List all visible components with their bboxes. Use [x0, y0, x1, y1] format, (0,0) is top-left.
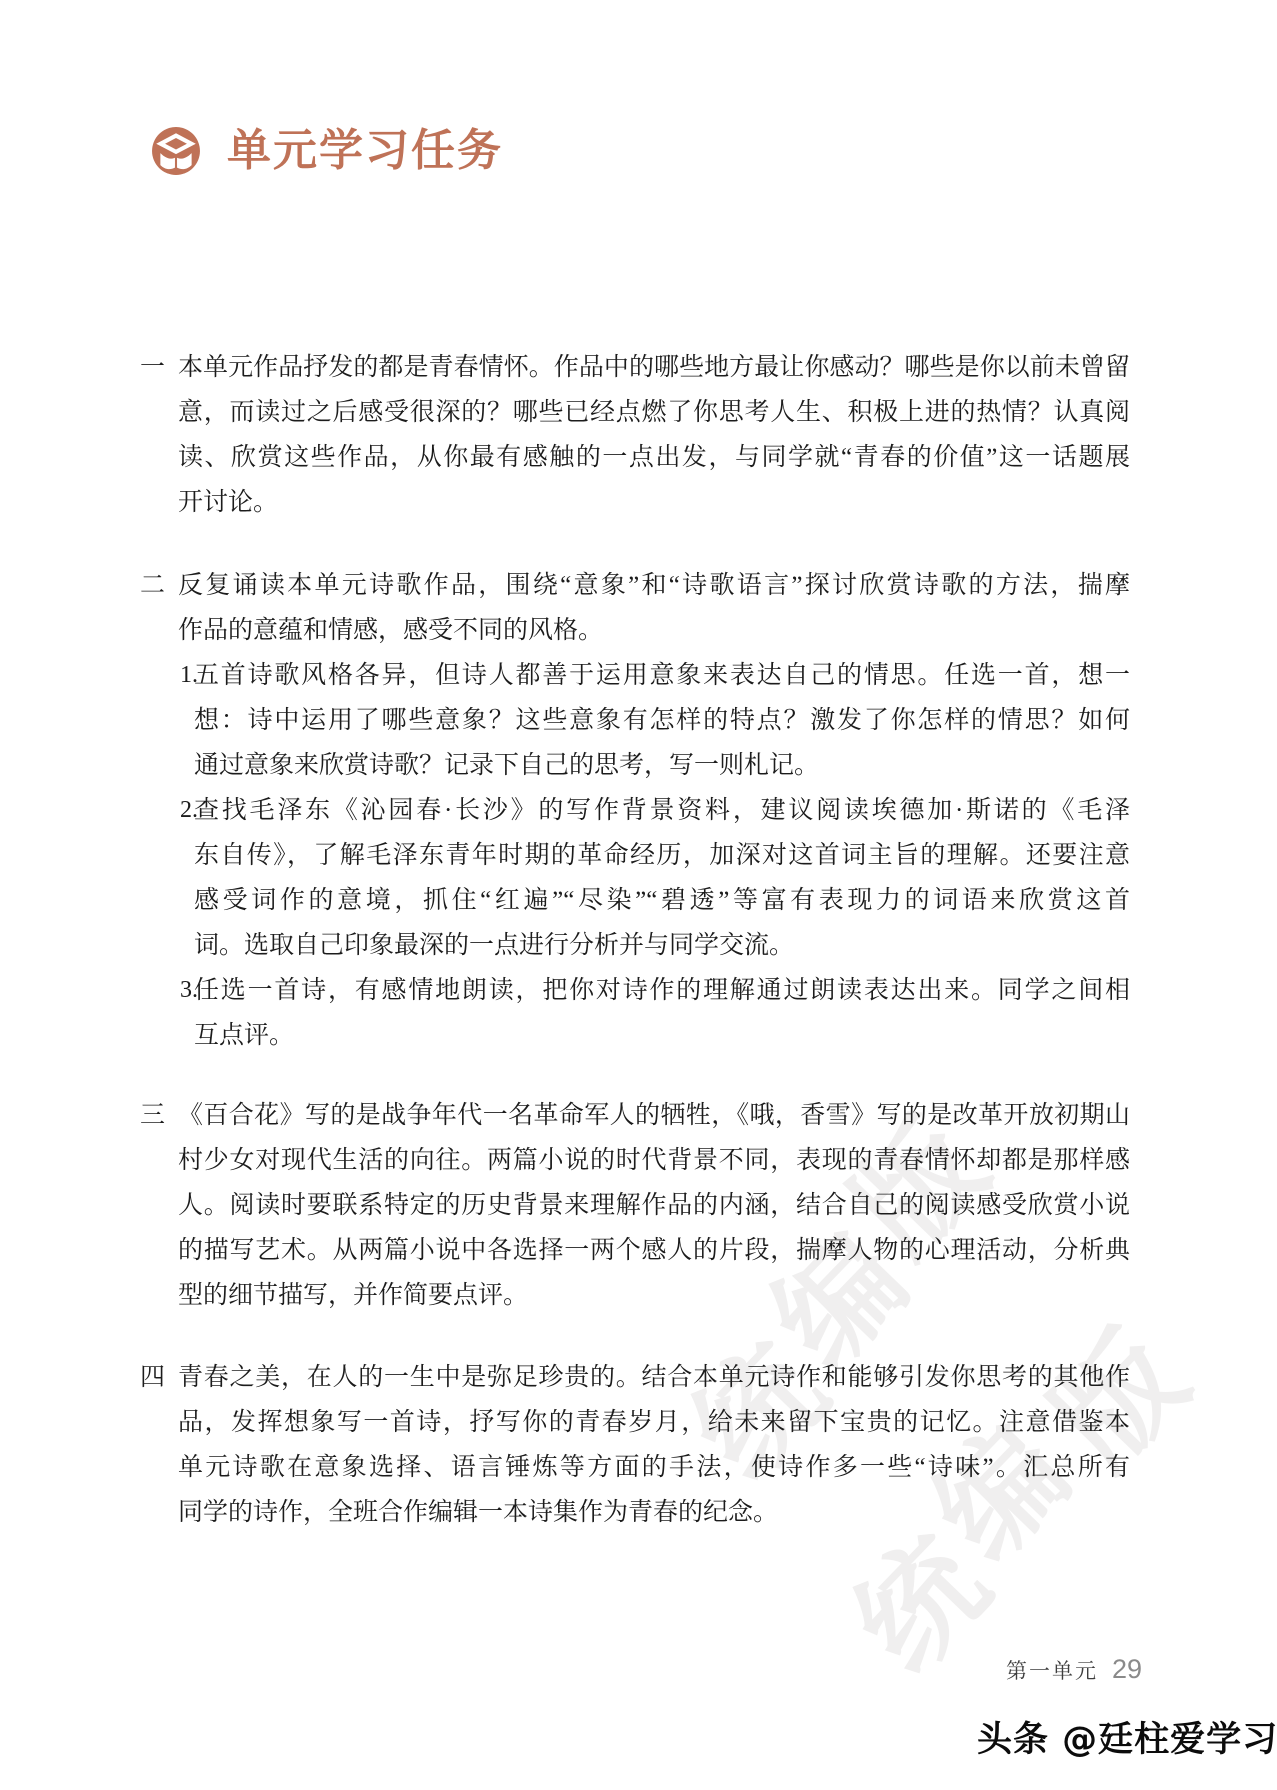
text-line: 同学的诗作，全班合作编辑一本诗集作为青春的纪念。 [178, 1490, 1130, 1535]
watermark-credit: 头条 @廷柱爱学习 [977, 1718, 1277, 1762]
text-line: 开讨论。 [178, 480, 1130, 525]
text-line: 反复诵读本单元诗歌作品，围绕“意象”和“诗歌语言”探讨欣赏诗歌的方法，揣摩 [178, 563, 1130, 608]
task-2: 二 反复诵读本单元诗歌作品，围绕“意象”和“诗歌语言”探讨欣赏诗歌的方法，揣摩 … [140, 563, 1130, 653]
text-line: 词。选取自己印象最深的一点进行分析并与同学交流。 [194, 923, 1130, 968]
text-line: 互点评。 [194, 1013, 1130, 1058]
text-line: 五首诗歌风格各异，但诗人都善于运用意象来表达自己的情思。任选一首，想一 [194, 653, 1130, 698]
text-line: 本单元作品抒发的都是青春情怀。作品中的哪些地方最让你感动？哪些是你以前未曾留 [178, 345, 1130, 390]
text-line: 读、欣赏这些作品，从你最有感触的一点出发，与同学就“青春的价值”这一话题展 [178, 435, 1130, 480]
page-title: 单元学习任务 [227, 126, 503, 176]
subitem-body: 查找毛泽东《沁园春·长沙》的写作背景资料，建议阅读埃德加·斯诺的《毛泽 东自传》… [194, 788, 1130, 968]
subitem-body: 五首诗歌风格各异，但诗人都善于运用意象来表达自己的情思。任选一首，想一 想：诗中… [194, 653, 1130, 788]
task-1: 一 本单元作品抒发的都是青春情怀。作品中的哪些地方最让你感动？哪些是你以前未曾留… [140, 345, 1130, 525]
task-body: 青春之美，在人的一生中是弥足珍贵的。结合本单元诗作和能够引发你思考的其他作 品，… [178, 1355, 1130, 1535]
text-line: 想：诗中运用了哪些意象？这些意象有怎样的特点？激发了你怎样的情思？如何 [194, 698, 1130, 743]
text-line: 意，而读过之后感受很深的？哪些已经点燃了你思考人生、积极上进的热情？认真阅 [178, 390, 1130, 435]
textbook-page: 统 编 版 统 编 版 单元学习任务 一 本单元作品抒发的都是青春情怀。作品中的… [0, 0, 1277, 1790]
task-2-subitem-2: 2. 查找毛泽东《沁园春·长沙》的写作背景资料，建议阅读埃德加·斯诺的《毛泽 东… [180, 788, 1130, 968]
task-number: 三 [140, 1093, 165, 1138]
task-number: 二 [140, 563, 165, 608]
task-4: 四 青春之美，在人的一生中是弥足珍贵的。结合本单元诗作和能够引发你思考的其他作 … [140, 1355, 1130, 1535]
text-line: 作品的意蕴和情感，感受不同的风格。 [178, 608, 1130, 653]
text-line: 品，发挥想象写一首诗，抒写你的青春岁月，给未来留下宝贵的记忆。注意借鉴本 [178, 1400, 1130, 1445]
page-number: 29 [1112, 1654, 1142, 1685]
text-line: 查找毛泽东《沁园春·长沙》的写作背景资料，建议阅读埃德加·斯诺的《毛泽 [194, 788, 1130, 833]
text-line: 村少女对现代生活的向往。两篇小说的时代背景不同，表现的青春情怀却都是那样感 [178, 1138, 1130, 1183]
task-2-subitem-1: 1. 五首诗歌风格各异，但诗人都善于运用意象来表达自己的情思。任选一首，想一 想… [180, 653, 1130, 788]
subitem-number: 3. [180, 968, 198, 1013]
text-line: 型的细节描写，并作简要点评。 [178, 1273, 1130, 1318]
subitem-number: 2. [180, 788, 198, 833]
text-line: 的描写艺术。从两篇小说中各选择一两个感人的片段，揣摩人物的心理活动，分析典 [178, 1228, 1130, 1273]
section-header: 单元学习任务 [151, 126, 503, 176]
task-number: 一 [140, 345, 165, 390]
text-line: 人。阅读时要联系特定的历史背景来理解作品的内涵，结合自己的阅读感受欣赏小说 [178, 1183, 1130, 1228]
text-line: 《百合花》写的是战争年代一名革命军人的牺牲，《哦，香雪》写的是改革开放初期山 [178, 1093, 1130, 1138]
text-line: 东自传》，了解毛泽东青年时期的革命经历，加深对这首词主旨的理解。还要注意 [194, 833, 1130, 878]
text-line: 通过意象来欣赏诗歌？记录下自己的思考，写一则札记。 [194, 743, 1130, 788]
subitem-body: 任选一首诗，有感情地朗读，把你对诗作的理解通过朗读表达出来。同学之间相 互点评。 [194, 968, 1130, 1058]
text-line: 感受词作的意境，抓住“红遍”“尽染”“碧透”等富有表现力的词语来欣赏这首 [194, 878, 1130, 923]
text-line: 单元诗歌在意象选择、语言锤炼等方面的手法，使诗作多一些“诗味”。汇总所有 [178, 1445, 1130, 1490]
task-2-subitem-3: 3. 任选一首诗，有感情地朗读，把你对诗作的理解通过朗读表达出来。同学之间相 互… [180, 968, 1130, 1058]
graduation-book-icon [151, 126, 201, 176]
text-line: 青春之美，在人的一生中是弥足珍贵的。结合本单元诗作和能够引发你思考的其他作 [178, 1355, 1130, 1400]
unit-label: 第一单元 [1006, 1655, 1098, 1685]
task-body: 反复诵读本单元诗歌作品，围绕“意象”和“诗歌语言”探讨欣赏诗歌的方法，揣摩 作品… [178, 563, 1130, 653]
subitem-number: 1. [180, 653, 198, 698]
task-body: 本单元作品抒发的都是青春情怀。作品中的哪些地方最让你感动？哪些是你以前未曾留 意… [178, 345, 1130, 525]
task-number: 四 [140, 1355, 165, 1400]
task-body: 《百合花》写的是战争年代一名革命军人的牺牲，《哦，香雪》写的是改革开放初期山 村… [178, 1093, 1130, 1318]
task-3: 三 《百合花》写的是战争年代一名革命军人的牺牲，《哦，香雪》写的是改革开放初期山… [140, 1093, 1130, 1318]
page-footer: 第一单元 29 [1006, 1654, 1142, 1685]
text-line: 任选一首诗，有感情地朗读，把你对诗作的理解通过朗读表达出来。同学之间相 [194, 968, 1130, 1013]
